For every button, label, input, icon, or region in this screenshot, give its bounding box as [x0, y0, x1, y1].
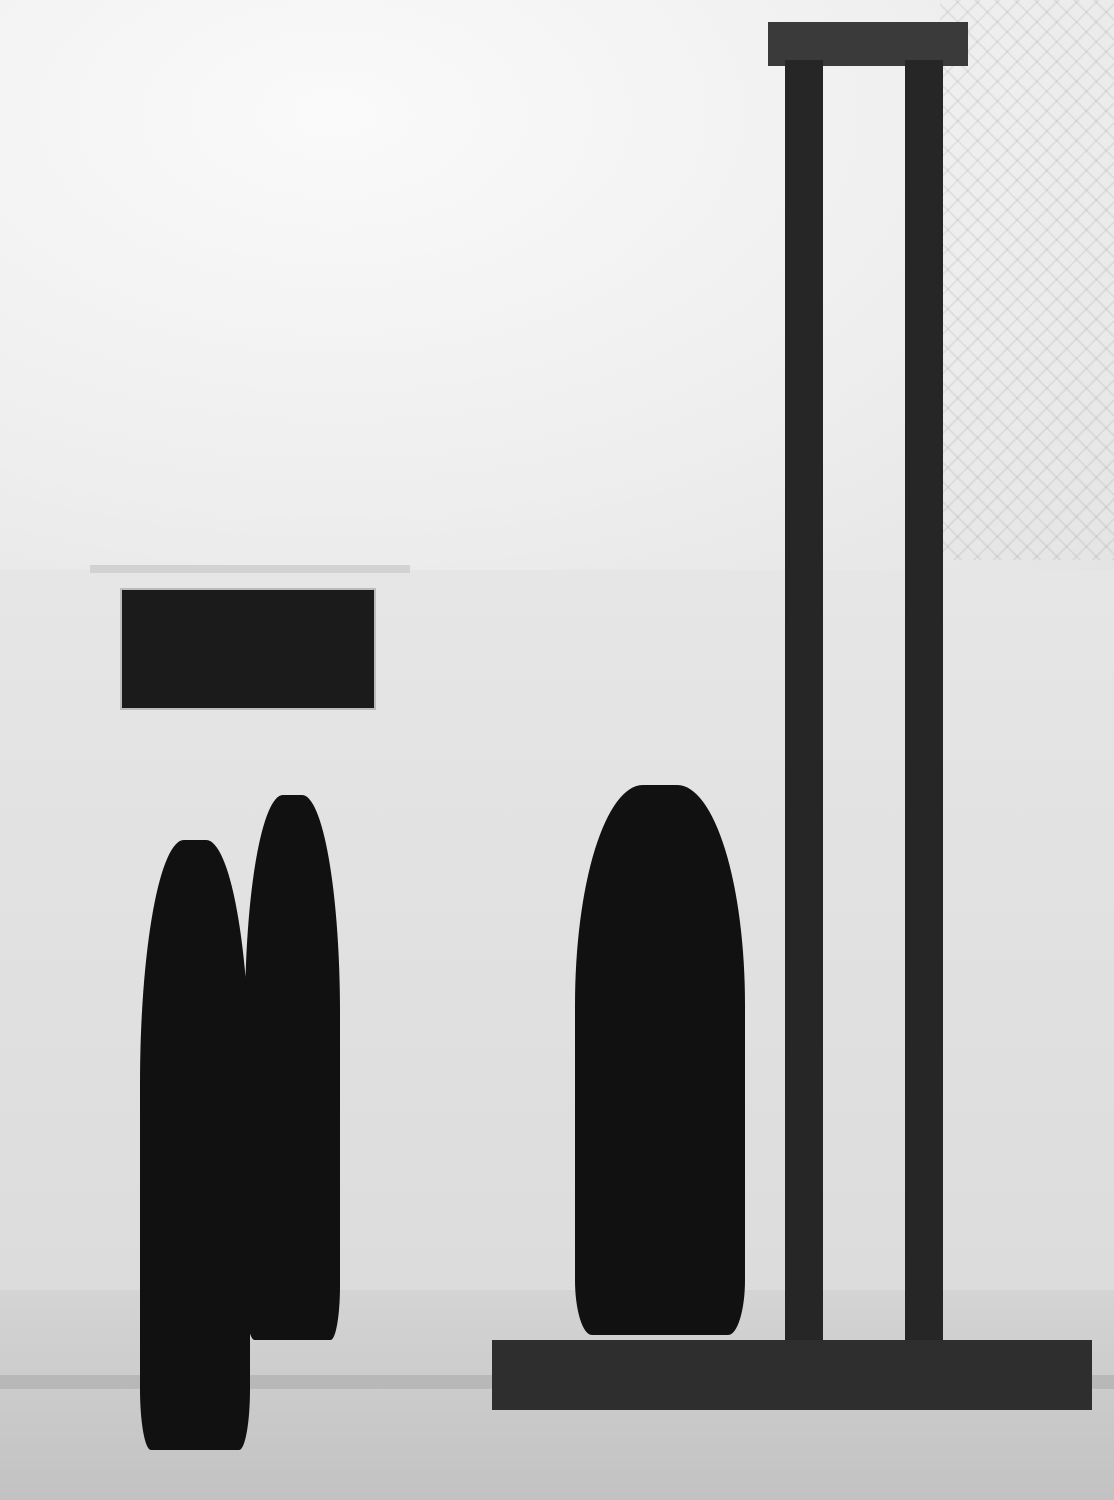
figure-right: [575, 785, 745, 1335]
photograph: [0, 0, 1114, 1500]
dark-window: [120, 588, 376, 710]
figure-center-left: [245, 795, 340, 1340]
structure-post-left: [785, 60, 823, 1350]
structure-post-right: [905, 60, 943, 1350]
structure-base: [492, 1340, 1092, 1410]
figure-left: [140, 840, 250, 1450]
chain-link-fence: [940, 0, 1114, 560]
